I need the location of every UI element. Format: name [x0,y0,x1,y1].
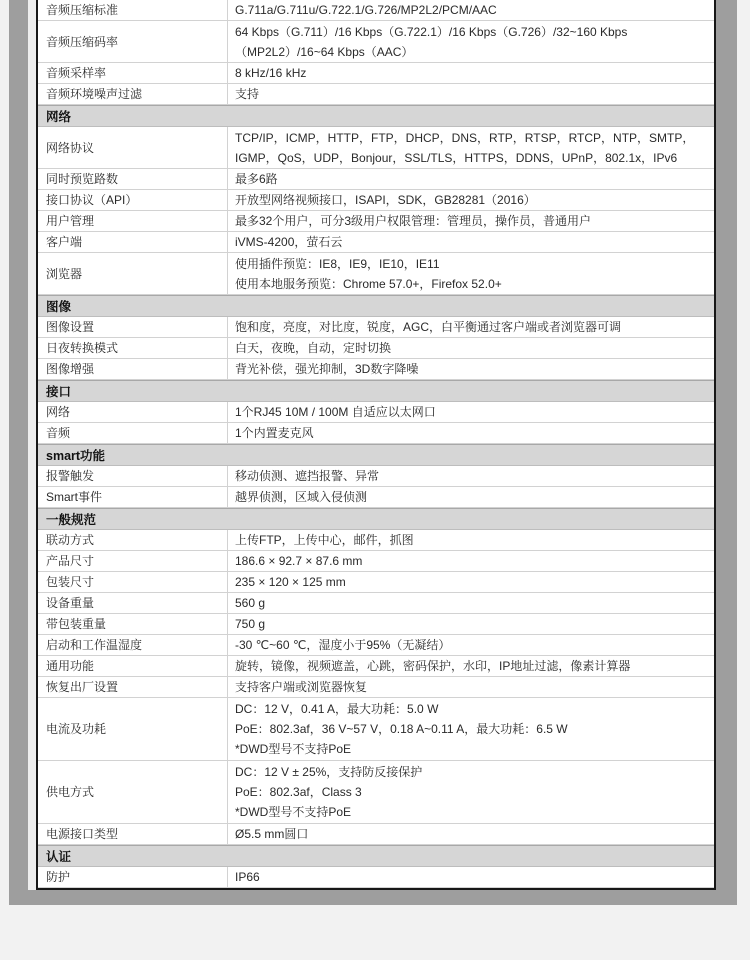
spec-label: 启动和工作温湿度 [38,635,228,655]
page-gap-strip [28,0,36,890]
spec-label: 产品尺寸 [38,551,228,571]
spec-row-linkage-method: 联动方式 上传FTP，上传中心，邮件，抓图 [38,530,714,551]
spec-value: IP66 [228,867,714,887]
spec-value: 背光补偿，强光抑制，3D数字降噪 [228,359,714,379]
spec-label: 音频环境噪声过滤 [38,84,228,104]
spec-row-product-dimensions: 产品尺寸 186.6 × 92.7 × 87.6 mm [38,551,714,572]
spec-row-operating-temp-humidity: 启动和工作温湿度 -30 ℃~60 ℃，湿度小于95%（无凝结） [38,635,714,656]
section-header-interface: 接口 [38,380,714,402]
spec-row-audio-interface: 音频 1个内置麦克风 [38,423,714,444]
spec-row-api-protocol: 接口协议（API） 开放型网络视频接口，ISAPI，SDK，GB28281（20… [38,190,714,211]
spec-row-general-functions: 通用功能 旋转，镜像，视频遮盖，心跳，密码保护，水印，IP地址过滤，像素计算器 [38,656,714,677]
spec-row-client: 客户端 iVMS-4200，萤石云 [38,232,714,253]
spec-value: 白天，夜晚，自动，定时切换 [228,338,714,358]
spec-label: 同时预览路数 [38,169,228,189]
section-title: 接口 [38,381,714,401]
spec-label: 客户端 [38,232,228,252]
spec-label: 通用功能 [38,656,228,676]
spec-label: 报警触发 [38,466,228,486]
spec-row-audio-noise-filter: 音频环境噪声过滤 支持 [38,84,714,105]
section-title: 认证 [38,846,714,866]
spec-value: 支持 [228,84,714,104]
spec-value: DC：12 V，0.41 A，最大功耗：5.0 W PoE：802.3af，36… [228,698,714,760]
spec-value: 移动侦测、遮挡报警、异常 [228,466,714,486]
spec-row-protection-rating: 防护 IP66 [38,867,714,888]
spec-row-power-connector-type: 电源接口类型 Ø5.5 mm圆口 [38,824,714,845]
spec-value: 560 g [228,593,714,613]
spec-row-packaged-weight: 带包装重量 750 g [38,614,714,635]
spec-row-package-dimensions: 包装尺寸 235 × 120 × 125 mm [38,572,714,593]
spec-value: 1个内置麦克风 [228,423,714,443]
spec-row-audio-sampling-rate: 音频采样率 8 kHz/16 kHz [38,63,714,84]
section-title: 网络 [38,106,714,126]
spec-label: 电源接口类型 [38,824,228,844]
section-title: 图像 [38,296,714,316]
spec-label: 用户管理 [38,211,228,231]
spec-row-user-management: 用户管理 最多32个用户，可分3级用户权限管理：管理员，操作员，普通用户 [38,211,714,232]
spec-label: 音频采样率 [38,63,228,83]
spec-value: 旋转，镜像，视频遮盖，心跳，密码保护，水印，IP地址过滤，像素计算器 [228,656,714,676]
spec-label: 日夜转换模式 [38,338,228,358]
spec-row-network-protocols: 网络协议 TCP/IP，ICMP，HTTP，FTP，DHCP，DNS，RTP，R… [38,127,714,169]
spec-value: DC：12 V ± 25%，支持防反接保护 PoE：802.3af，Class … [228,761,714,823]
spec-label: Smart事件 [38,487,228,507]
spec-row-factory-reset: 恢复出厂设置 支持客户端或浏览器恢复 [38,677,714,698]
spec-value: 最多32个用户，可分3级用户权限管理：管理员，操作员，普通用户 [228,211,714,231]
spec-row-alarm-trigger: 报警触发 移动侦测、遮挡报警、异常 [38,466,714,487]
spec-label: 供电方式 [38,761,228,823]
spec-label: 网络协议 [38,127,228,168]
spec-label: 音频 [38,423,228,443]
spec-value: 支持客户端或浏览器恢复 [228,677,714,697]
spec-row-image-settings: 图像设置 饱和度，亮度，对比度，锐度，AGC，白平衡通过客户端或者浏览器可调 [38,317,714,338]
section-header-image: 图像 [38,295,714,317]
section-title: smart功能 [38,445,714,465]
spec-row-browser: 浏览器 使用插件预览：IE8，IE9，IE10，IE11 使用本地服务预览：Ch… [38,253,714,295]
spec-label: 联动方式 [38,530,228,550]
spec-label: 网络 [38,402,228,422]
spec-label: 音频压缩码率 [38,21,228,62]
section-header-certification: 认证 [38,845,714,867]
spec-value: 使用插件预览：IE8，IE9，IE10，IE11 使用本地服务预览：Chrome… [228,253,714,294]
spec-value: iVMS-4200，萤石云 [228,232,714,252]
spec-value: 64 Kbps（G.711）/16 Kbps（G.722.1）/16 Kbps（… [228,21,714,62]
spec-value: 1个RJ45 10M / 100M 自适应以太网口 [228,402,714,422]
spec-label: 接口协议（API） [38,190,228,210]
spec-label: 浏览器 [38,253,228,294]
spec-value: 上传FTP，上传中心，邮件，抓图 [228,530,714,550]
spec-value: 越界侦测，区域入侵侦测 [228,487,714,507]
spec-label: 图像增强 [38,359,228,379]
section-header-smart-features: smart功能 [38,444,714,466]
spec-label: 音频压缩标准 [38,0,228,20]
spec-label: 带包装重量 [38,614,228,634]
spec-value: 最多6路 [228,169,714,189]
spec-value: 186.6 × 92.7 × 87.6 mm [228,551,714,571]
section-header-general-spec: 一般规范 [38,508,714,530]
section-header-network: 网络 [38,105,714,127]
spec-value: G.711a/G.711u/G.722.1/G.726/MP2L2/PCM/AA… [228,0,714,20]
spec-sheet-page: { "page": { "background_color": "#f2f2f2… [0,0,750,960]
spec-row-network-interface: 网络 1个RJ45 10M / 100M 自适应以太网口 [38,402,714,423]
spec-value: 8 kHz/16 kHz [228,63,714,83]
spec-value: Ø5.5 mm圆口 [228,824,714,844]
section-title: 一般规范 [38,509,714,529]
spec-value: 235 × 120 × 125 mm [228,572,714,592]
spec-label: 设备重量 [38,593,228,613]
spec-value: 开放型网络视频接口，ISAPI，SDK，GB28281（2016） [228,190,714,210]
spec-label: 包装尺寸 [38,572,228,592]
spec-label: 图像设置 [38,317,228,337]
spec-row-image-enhancement: 图像增强 背光补偿，强光抑制，3D数字降噪 [38,359,714,380]
spec-value: 饱和度，亮度，对比度，锐度，AGC，白平衡通过客户端或者浏览器可调 [228,317,714,337]
spec-row-smart-events: Smart事件 越界侦测，区域入侵侦测 [38,487,714,508]
spec-row-power-supply: 供电方式 DC：12 V ± 25%，支持防反接保护 PoE：802.3af，C… [38,761,714,824]
spec-value: 750 g [228,614,714,634]
spec-row-simultaneous-preview: 同时预览路数 最多6路 [38,169,714,190]
spec-row-audio-bitrate: 音频压缩码率 64 Kbps（G.711）/16 Kbps（G.722.1）/1… [38,21,714,63]
spec-value: TCP/IP，ICMP，HTTP，FTP，DHCP，DNS，RTP，RTSP，R… [228,127,714,168]
spec-row-audio-compression-standard: 音频压缩标准 G.711a/G.711u/G.722.1/G.726/MP2L2… [38,0,714,21]
spec-label: 电流及功耗 [38,698,228,760]
spec-label: 防护 [38,867,228,887]
spec-value: -30 ℃~60 ℃，湿度小于95%（无凝结） [228,635,714,655]
spec-row-device-weight: 设备重量 560 g [38,593,714,614]
spec-table: 音频压缩标准 G.711a/G.711u/G.722.1/G.726/MP2L2… [36,0,716,890]
spec-row-day-night-mode: 日夜转换模式 白天，夜晚，自动，定时切换 [38,338,714,359]
spec-row-current-power-consumption: 电流及功耗 DC：12 V，0.41 A，最大功耗：5.0 W PoE：802.… [38,698,714,761]
spec-label: 恢复出厂设置 [38,677,228,697]
